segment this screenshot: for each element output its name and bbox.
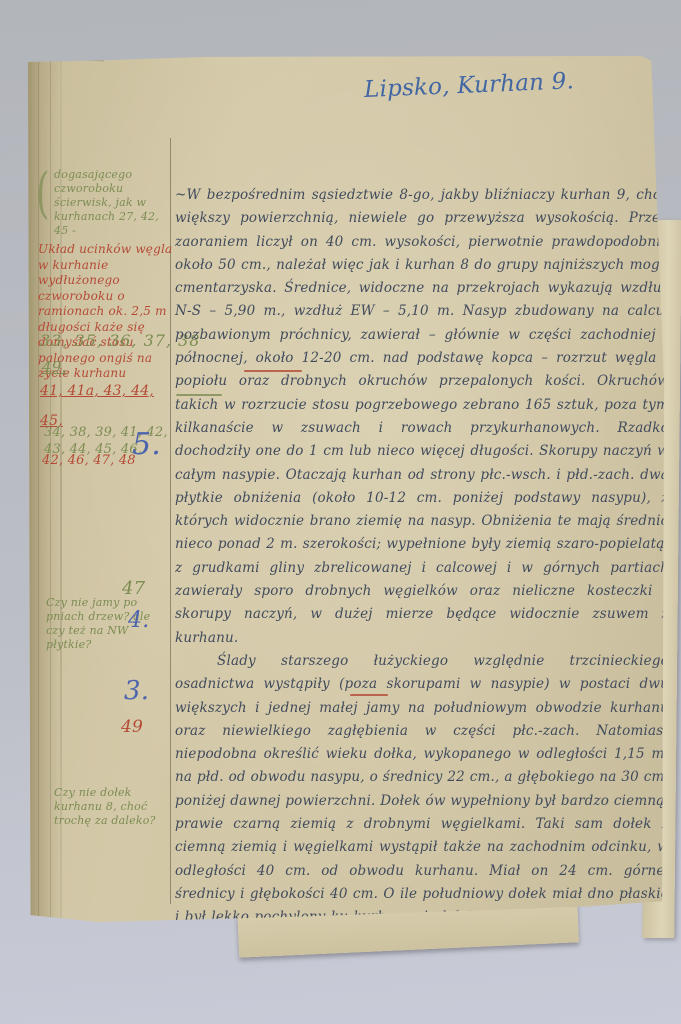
paragraph-older-settlement: Ślady starszego łużyckiego względnie trz… — [175, 650, 669, 953]
green-underline-mark — [176, 394, 222, 396]
margin-number-blue-3: 3. — [124, 684, 149, 698]
margin-number-green-47: 47 — [122, 582, 145, 596]
margin-number-blue-5: 5. — [132, 438, 161, 452]
margin-number-red-49: 49 — [121, 720, 143, 734]
page-title: Lipsko, Kurhan 9. — [364, 67, 605, 103]
photo-background: Lipsko, Kurhan 9. ( dogasającego czworob… — [0, 0, 681, 1024]
paper-tear-notch — [88, 54, 104, 62]
main-handwritten-text: ~W bezpośrednim sąsiedztwie 8-go, jakby … — [175, 184, 669, 953]
spine-fold-line — [50, 56, 51, 922]
margin-note-bracket: ( — [36, 162, 49, 226]
margin-note-green-cross-ref: dogasającego czworoboku ścierwisk, jak w… — [54, 168, 176, 238]
margin-numbers-red-row2: 42, 46, 47, 48 — [42, 454, 136, 468]
margin-note-green-kurhan8-pit: Czy nie dołek kurhanu 8, choć trochę za … — [54, 786, 180, 828]
notebook-page: Lipsko, Kurhan 9. ( dogasającego czworob… — [28, 56, 664, 922]
red-underline-mark — [244, 370, 302, 372]
red-underline-mark — [350, 694, 388, 696]
margin-number-blue-4: 4. — [128, 614, 149, 628]
margin-number-green-49: 49. — [42, 360, 66, 374]
paragraph-mound-description: ~W bezpośrednim sąsiedztwie 8-go, jakby … — [175, 184, 669, 650]
margin-numbers-red-row1: 41, 41a, 43, 44, — [40, 384, 154, 398]
